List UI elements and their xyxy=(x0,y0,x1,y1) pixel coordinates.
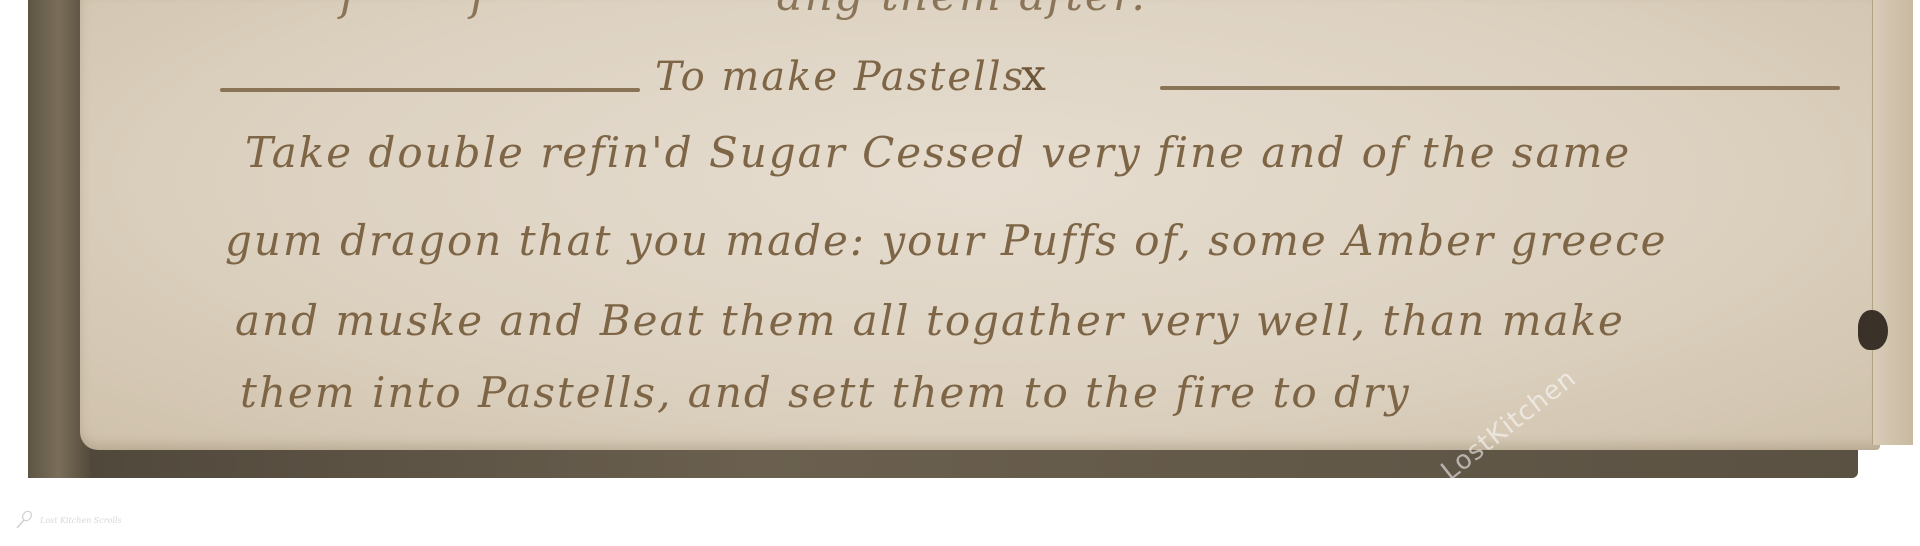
title-rule-left xyxy=(220,88,640,92)
title-rule-right xyxy=(1160,86,1840,90)
whisk-icon xyxy=(14,510,34,530)
title-cross-mark: x xyxy=(1021,50,1048,101)
recipe-line-3: and muske and Beat them all togather ver… xyxy=(235,296,1625,345)
page-fore-edge xyxy=(1872,0,1913,445)
recipe-line-2: gum dragon that you made: your Puffs of,… xyxy=(225,216,1668,265)
corner-watermark-text: Lost Kitchen Scrolls xyxy=(40,516,122,525)
recipe-title-text: To make Pastells xyxy=(655,54,1025,100)
cut-off-previous-line: f · · · f · · · · · · · · ·ang them afte… xyxy=(340,0,1147,21)
recipe-line-1: Take double refin'd Sugar Cessed very fi… xyxy=(245,128,1631,177)
page-tear xyxy=(1858,310,1888,350)
corner-watermark: Lost Kitchen Scrolls xyxy=(14,510,122,530)
recipe-line-4: them into Pastells, and sett them to the… xyxy=(240,368,1411,417)
recipe-title: To make Pastellsx xyxy=(655,50,1048,101)
